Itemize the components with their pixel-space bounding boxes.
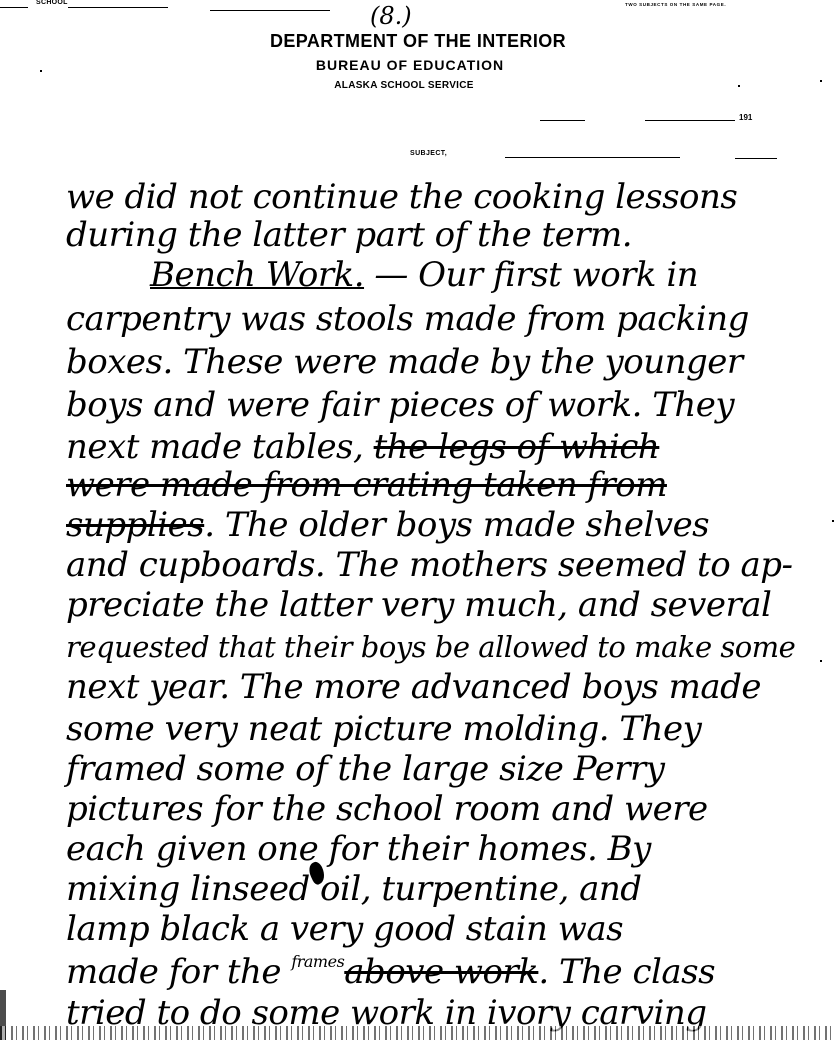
form-note: TWO SUBJECTS ON THE SAME PAGE. (625, 2, 726, 7)
rule (210, 10, 330, 11)
scan-edge (0, 1026, 836, 1040)
handwritten-line: boys and were fair pieces of work. They (66, 388, 734, 422)
text-segment: — Our first work in (364, 255, 698, 295)
service-title: ALASKA SCHOOL SERVICE (0, 80, 822, 91)
section-heading: Bench Work. (150, 255, 364, 295)
handwritten-line: made for the framesabove work. The class (66, 955, 715, 995)
date-rule (645, 120, 735, 121)
handwritten-line: supplies. The older boys made shelves (66, 508, 709, 542)
handwritten-line: preciate the latter very much, and sever… (66, 588, 771, 622)
date-rule (540, 120, 585, 121)
subject-rule (505, 157, 680, 158)
handwritten-line: each given one for their homes. By (66, 832, 651, 866)
handwritten-line: boxes. These were made by the younger (66, 345, 743, 379)
handwritten-line: were made from crating taken from (66, 468, 667, 502)
handwritten-line: Bench Work. — Our first work in (150, 258, 698, 292)
rule (68, 7, 168, 8)
struck-text: were made from crating taken from (66, 465, 667, 505)
handwritten-line: during the latter part of the term. (66, 218, 632, 252)
handwritten-line: requested that their boys be allowed to … (66, 630, 795, 664)
school-label: SCHOOL (36, 0, 68, 6)
scan-speck (820, 80, 822, 82)
department-title: DEPARTMENT OF THE INTERIOR (0, 31, 836, 52)
rule (0, 7, 28, 8)
subject-rule (735, 158, 777, 159)
handwritten-line: tried to do some work in ivory carving (66, 996, 707, 1030)
text-segment: next made tables, (66, 427, 374, 467)
handwritten-line: and cupboards. The mothers seemed to ap- (66, 548, 793, 582)
scan-speck (40, 70, 42, 72)
handwritten-line: mixing linseed oil, turpentine, and (66, 872, 642, 906)
struck-text: the legs of which (374, 427, 660, 467)
scan-speck (738, 85, 740, 87)
handwritten-line: next year. The more advanced boys made (66, 670, 761, 704)
scan-speck (820, 660, 822, 662)
bureau-title: BUREAU OF EDUCATION (0, 57, 828, 73)
handwritten-line: we did not continue the cooking lessons (66, 180, 737, 214)
struck-text: above work (344, 952, 538, 992)
struck-text: supplies (66, 505, 204, 545)
handwritten-line: lamp black a very good stain was (66, 912, 623, 946)
handwritten-line: next made tables, the legs of which (66, 430, 659, 464)
inserted-word: frames (291, 952, 344, 971)
scan-speck (832, 520, 834, 522)
handwritten-line: framed some of the large size Perry (66, 752, 664, 786)
handwritten-line: pictures for the school room and were (66, 792, 708, 826)
handwritten-line: some very neat picture molding. They (66, 712, 701, 746)
text-segment: made for the (66, 952, 291, 992)
date-year: 191 (739, 113, 752, 122)
school-field (0, 0, 210, 10)
handwritten-line: carpentry was stools made from packing (66, 302, 749, 336)
text-segment: . The class (538, 952, 715, 992)
subject-label: SUBJECT, (410, 150, 447, 157)
page-number: (8.) (370, 4, 412, 28)
text-segment: . The older boys made shelves (204, 505, 709, 545)
scanned-document-page: SCHOOL TWO SUBJECTS ON THE SAME PAGE. (8… (0, 0, 836, 1040)
